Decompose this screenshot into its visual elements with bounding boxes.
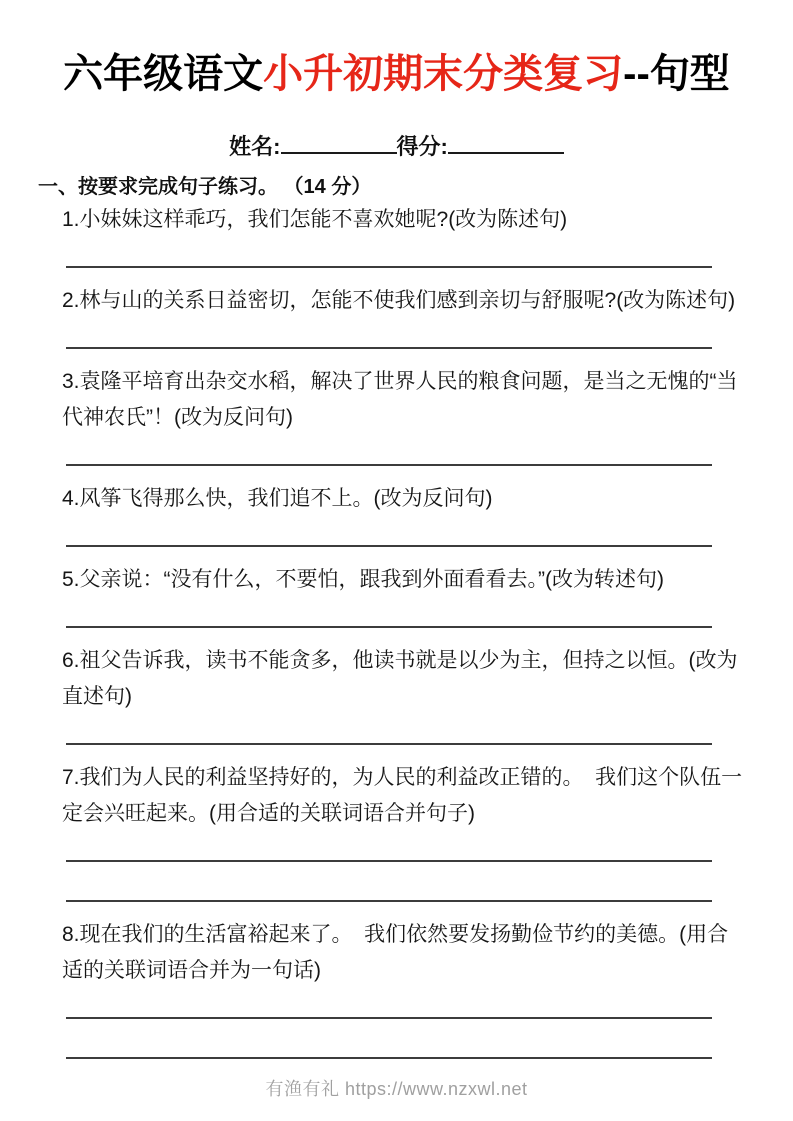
question-7-text: 7.我们为人民的利益坚持好的，为人民的利益改正错的。 我们这个队伍一定会兴旺起来… <box>62 760 749 832</box>
question-list: 1.小妹妹这样乖巧，我们怎能不喜欢她呢?(改为陈述句) 2.林与山的关系日益密切… <box>62 202 749 1059</box>
question-8-text: 8.现在我们的生活富裕起来了。 我们依然要发扬勤俭节约的美德。(用合适的关联词语… <box>62 917 749 989</box>
score-blank-line <box>448 152 564 154</box>
name-label: 姓名: <box>229 134 280 159</box>
answer-line <box>66 860 712 862</box>
answer-line <box>66 545 712 547</box>
name-blank-line <box>281 152 397 154</box>
title-segment-review-red: 小升初期末分类复习 <box>263 52 623 96</box>
worksheet-page: 六年级语文小升初期末分类复习--句型 姓名:得分: 一、按要求完成句子练习。 （… <box>0 0 793 1121</box>
question-1-text: 1.小妹妹这样乖巧，我们怎能不喜欢她呢?(改为陈述句) <box>62 202 749 238</box>
answer-line <box>66 266 712 268</box>
name-score-row: 姓名:得分: <box>0 132 793 162</box>
answer-line <box>66 1017 712 1019</box>
question-2-text: 2.林与山的关系日益密切，怎能不使我们感到亲切与舒服呢?(改为陈述句) <box>62 283 749 319</box>
footer-watermark: 有渔有礼 https://www.nzxwl.net <box>0 1077 793 1101</box>
question-5-text: 5.父亲说：“没有什么，不要怕，跟我到外面看看去。”(改为转述句) <box>62 562 749 598</box>
question-6-text: 6.祖父告诉我，读书不能贪多，他读书就是以少为主，但持之以恒。(改为直述句) <box>62 643 749 715</box>
question-3-text: 3.袁隆平培育出杂交水稻，解决了世界人民的粮食问题，是当之无愧的“当代神农氏”！… <box>62 364 749 436</box>
answer-line <box>66 347 712 349</box>
question-4-text: 4.风筝飞得那么快，我们追不上。(改为反问句) <box>62 481 749 517</box>
answer-line <box>66 464 712 466</box>
page-title: 六年级语文小升初期末分类复习--句型 <box>0 0 793 98</box>
section-heading: 一、按要求完成句子练习。 （14 分） <box>38 172 793 202</box>
answer-line <box>66 900 712 902</box>
title-segment-grade: 六年级语文 <box>63 52 263 96</box>
score-label: 得分: <box>397 134 448 159</box>
answer-line <box>66 743 712 745</box>
title-segment-topic: --句型 <box>623 52 730 96</box>
answer-line <box>66 1057 712 1059</box>
answer-line <box>66 626 712 628</box>
